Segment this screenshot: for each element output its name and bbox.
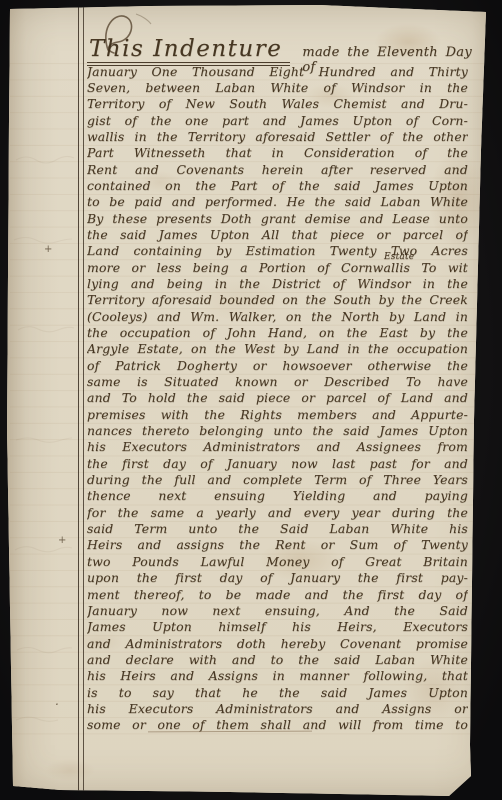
document-line: to be paid and performed. He the said La… [87,194,468,210]
margin-mark: + [44,244,52,255]
document-line: upon the first day of January the first … [87,570,468,586]
document-line: his Executors Administrators and Assigns… [87,701,468,717]
document-line: two Pounds Lawful Money of Great Britain [87,554,468,570]
document-body: January One Thousand Eight Hundred and T… [87,64,468,734]
document-page: This Indenture made the Eleventh Day of … [0,0,502,800]
document-line: is to say that he the said James Upton [87,685,468,701]
document-line: ment thereof, to be made and the first d… [87,587,468,603]
document-line: January now next ensuing, And the Said [87,603,468,619]
photograph-background: This Indenture made the Eleventh Day of … [0,0,502,800]
document-line: James Upton himself his Heirs, Executors [87,619,468,635]
document-title: This Indenture [87,36,290,66]
document-line: thence next ensuing Yielding and paying [87,488,468,504]
document-line: gist of the one part and James Upton of … [87,113,468,129]
document-line: Rent and Covenants herein after reserved… [87,162,468,178]
ink-showthrough [8,120,78,740]
document-line: nances thereto belonging unto the said J… [87,423,468,439]
document-line: more or less being a Portion of Cornwall… [87,260,468,276]
document-line: same is Situated known or Described To h… [87,374,468,390]
document-line: Seven, between Laban White of Windsor in… [87,80,468,96]
document-line: during the full and complete Term of Thr… [87,472,468,488]
margin-rule-line [78,6,84,791]
document-line: the occupation of John Hand, on the East… [87,325,468,341]
interlinear-insertion: Estate [384,252,414,262]
document-line: Heirs and assigns the Rent or Sum of Twe… [87,537,468,553]
document-line: By these presents Doth grant demise and … [87,211,468,227]
document-line: Territory of New South Wales Chemist and… [87,96,468,112]
document-line: his Executors Administrators and Assigne… [87,439,468,455]
document-line: said Term unto the Said Laban White his [87,521,468,537]
document-line: and Administrators doth hereby Covenant … [87,636,468,652]
document-line: the first day of January now last past f… [87,456,468,472]
document-line: lying and being in the District of Winds… [87,276,468,292]
document-line: and To hold the said piece or parcel of … [87,390,468,406]
document-line: the said James Upton All that piece or p… [87,227,468,243]
document-line: his Heirs and Assigns in manner followin… [87,668,468,684]
document-line: Territory aforesaid bounded on the South… [87,292,468,308]
document-line: for the same a yearly and every year dur… [87,505,468,521]
document-line: and declare with and to the said Laban W… [87,652,468,668]
document-line: contained on the Part of the said James … [87,178,468,194]
margin-mark: . [55,694,59,708]
document-line: (Cooleys) and Wm. Walker, on the North b… [87,309,468,325]
document-line: premises with the Rights members and App… [87,407,468,423]
document-line: January One Thousand Eight Hundred and T… [87,64,468,80]
document-line: Argyle Estate, on the West by Land in th… [87,341,468,357]
document-line: wallis in the Territory aforesaid Settle… [87,129,468,145]
document-line: of Patrick Dogherty or howsoever otherwi… [87,358,468,374]
document-line: Part Witnesseth that in Consideration of… [87,145,468,161]
margin-mark: + [58,535,66,546]
